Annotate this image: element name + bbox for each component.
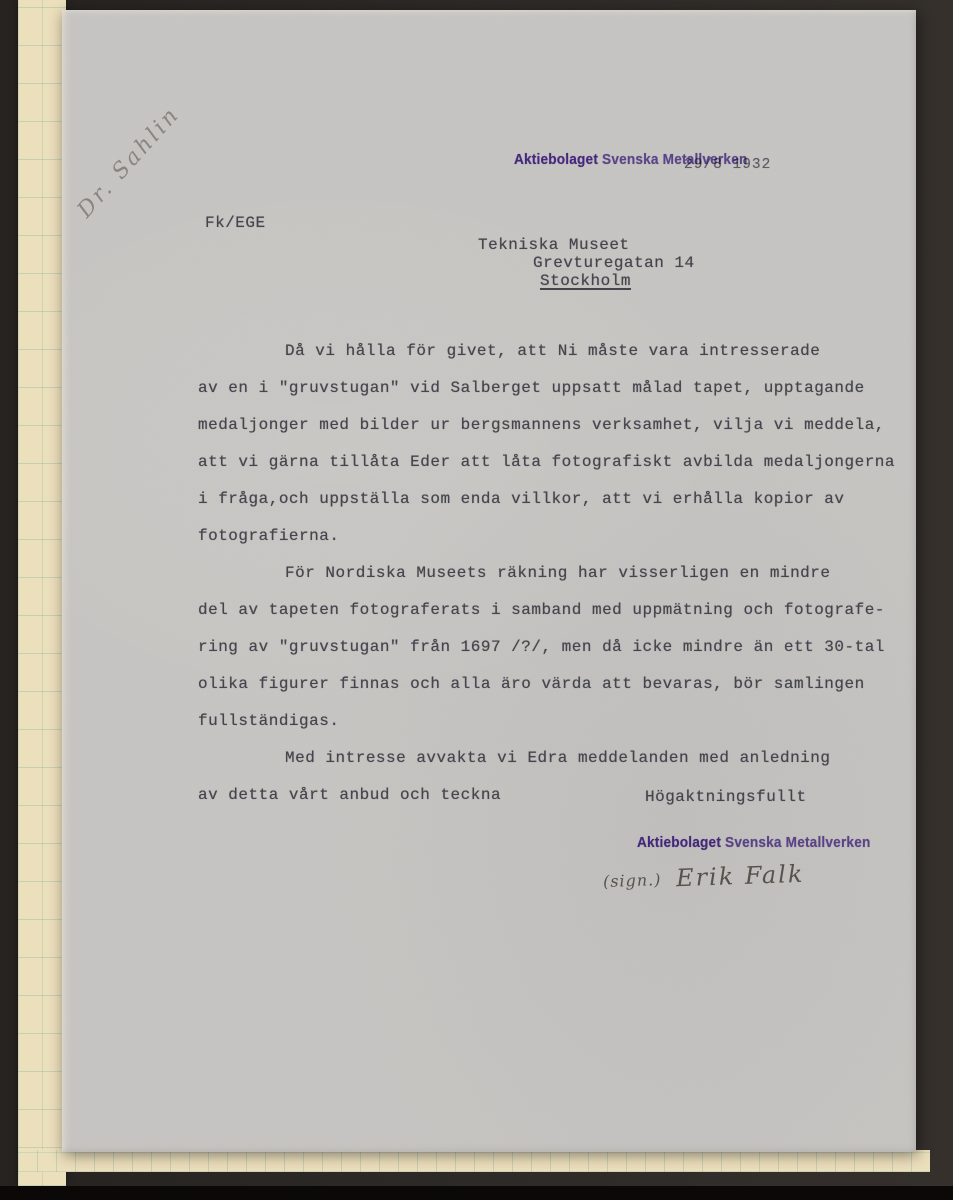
recipient-city: Stockholm <box>540 272 631 290</box>
body-line: att vi gärna tillåta Eder att låta fotog… <box>198 444 938 481</box>
album-page-edge-bottom <box>18 1150 930 1172</box>
letter-body: Då vi hålla för givet, att Ni måste vara… <box>198 333 938 814</box>
body-line: medaljonger med bilder ur bergsmannens v… <box>198 407 938 444</box>
recipient-name: Tekniska Museet <box>478 236 630 254</box>
signature-name: Erik Falk <box>676 860 805 892</box>
scan-black-band <box>0 1186 953 1200</box>
signature-prefix: (sign.) <box>603 870 662 891</box>
body-line: del av tapeten fotograferats i samband m… <box>198 592 938 629</box>
reference-code: Fk/EGE <box>205 214 266 232</box>
body-line: Då vi hålla för givet, att Ni måste vara… <box>198 333 938 370</box>
body-line: Med intresse avvakta vi Edra meddelanden… <box>198 740 938 777</box>
body-line: För Nordiska Museets räkning har visserl… <box>198 555 938 592</box>
handwritten-annotation: Dr. Sahlin <box>73 102 185 223</box>
letter-page: Dr. Sahlin 29/8 1932 Aktiebolaget Svensk… <box>62 10 916 1152</box>
body-line: fullständigas. <box>198 703 938 740</box>
body-line: ring av "gruvstugan" från 1697 /?/, men … <box>198 629 938 666</box>
stamp-word-rest: Svenska Metallverken <box>725 835 870 851</box>
stamp-word-bold: Aktiebolaget <box>514 152 598 168</box>
album-page-edge-left <box>18 0 66 1186</box>
company-stamp-top: Aktiebolaget Svenska Metallverken <box>514 152 747 168</box>
body-line: fotografierna. <box>198 518 938 555</box>
body-line: av detta vårt anbud och teckna <box>198 777 938 814</box>
scan-backdrop: Dr. Sahlin 29/8 1932 Aktiebolaget Svensk… <box>0 0 953 1200</box>
stamp-word-bold: Aktiebolaget <box>637 835 721 851</box>
body-line: av en i "gruvstugan" vid Salberget uppsa… <box>198 370 938 407</box>
body-line: olika figurer finnas och alla äro värda … <box>198 666 938 703</box>
recipient-street: Grevturegatan 14 <box>533 254 695 272</box>
body-line: i fråga,och uppställa som enda villkor, … <box>198 481 938 518</box>
stamp-word-rest: Svenska Metallverken <box>602 152 747 168</box>
company-stamp-signature: Aktiebolaget Svenska Metallverken <box>637 835 870 851</box>
closing-phrase: Högaktningsfullt <box>645 788 807 806</box>
